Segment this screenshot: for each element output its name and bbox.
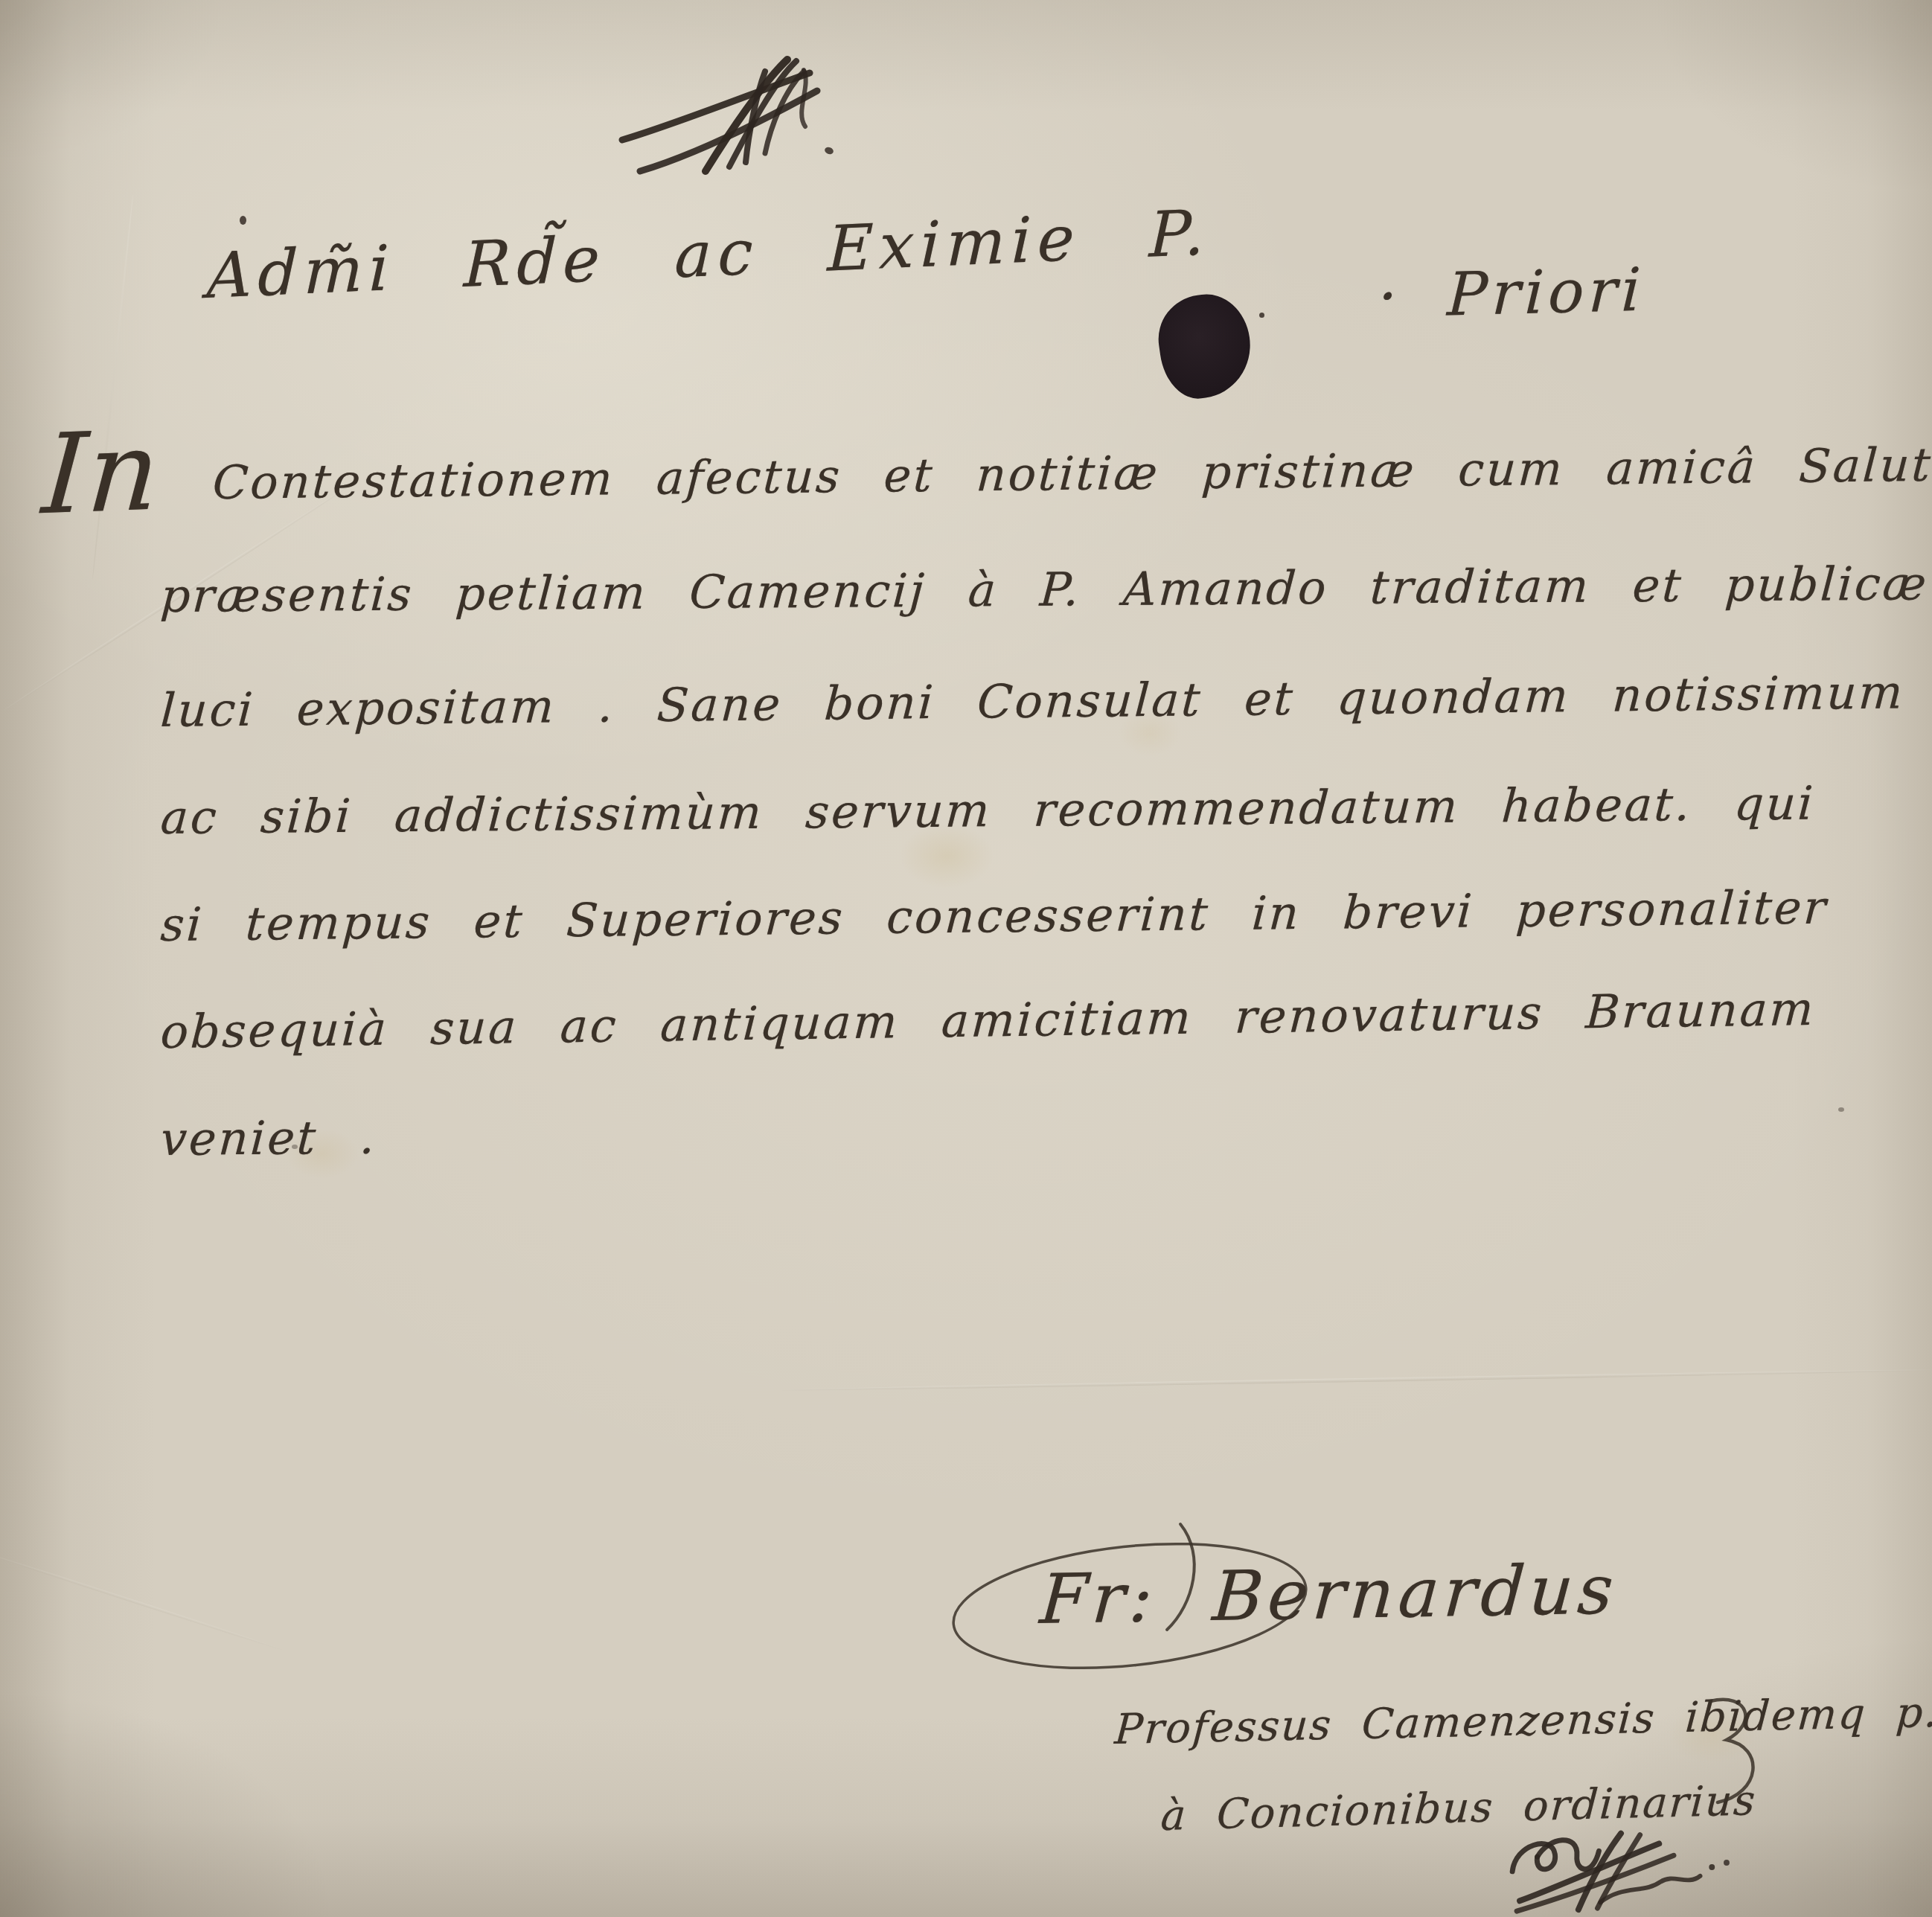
ink-scribble-icon: [1488, 1814, 1756, 1917]
signature-name: Fr: Bernardus: [1037, 1549, 1620, 1639]
paper-crease: [781, 1369, 1932, 1392]
flourish-paraph-icon: [1688, 1688, 1777, 1814]
body-line: præsentis petliam Camencij à P. Amando t…: [159, 556, 1931, 623]
ink-speck: [240, 216, 246, 225]
body-initial: In: [39, 406, 165, 539]
salutation-addressee: · Priori: [1377, 255, 1646, 332]
top-strikeout-mark: [618, 43, 856, 177]
signature-title-line1: Professus Camenzensis ibidemq p. t.: [1113, 1687, 1932, 1754]
bottom-strikeout-mark: [1488, 1814, 1756, 1917]
ink-blot: [1153, 289, 1257, 403]
paraph-flourish: [1688, 1688, 1777, 1814]
paper-crease: [0, 1552, 283, 1651]
body-line: Contestationem afectus et notitiæ pristi…: [211, 437, 1932, 510]
body-line: si tempus et Superiores concesserint in …: [159, 880, 1830, 953]
body-line: veniet .: [159, 1110, 379, 1166]
manuscript-page: Adm̃i Rd̃e ac Eximie P. · Priori In Cont…: [0, 0, 1932, 1917]
ink-speck: [1838, 1107, 1844, 1112]
ink-speck: [1259, 313, 1264, 318]
body-line: obsequià sua ac antiquam amicitiam renov…: [159, 982, 1817, 1059]
body-line: luci expositam . Sane boni Consulat et q…: [159, 665, 1907, 737]
body-line: ac sibi addictissimùm servum recommendat…: [159, 776, 1817, 845]
ink-scribble-icon: [618, 43, 856, 177]
salutation-text: Adm̃i Rd̃e ac Eximie P.: [206, 196, 1212, 313]
